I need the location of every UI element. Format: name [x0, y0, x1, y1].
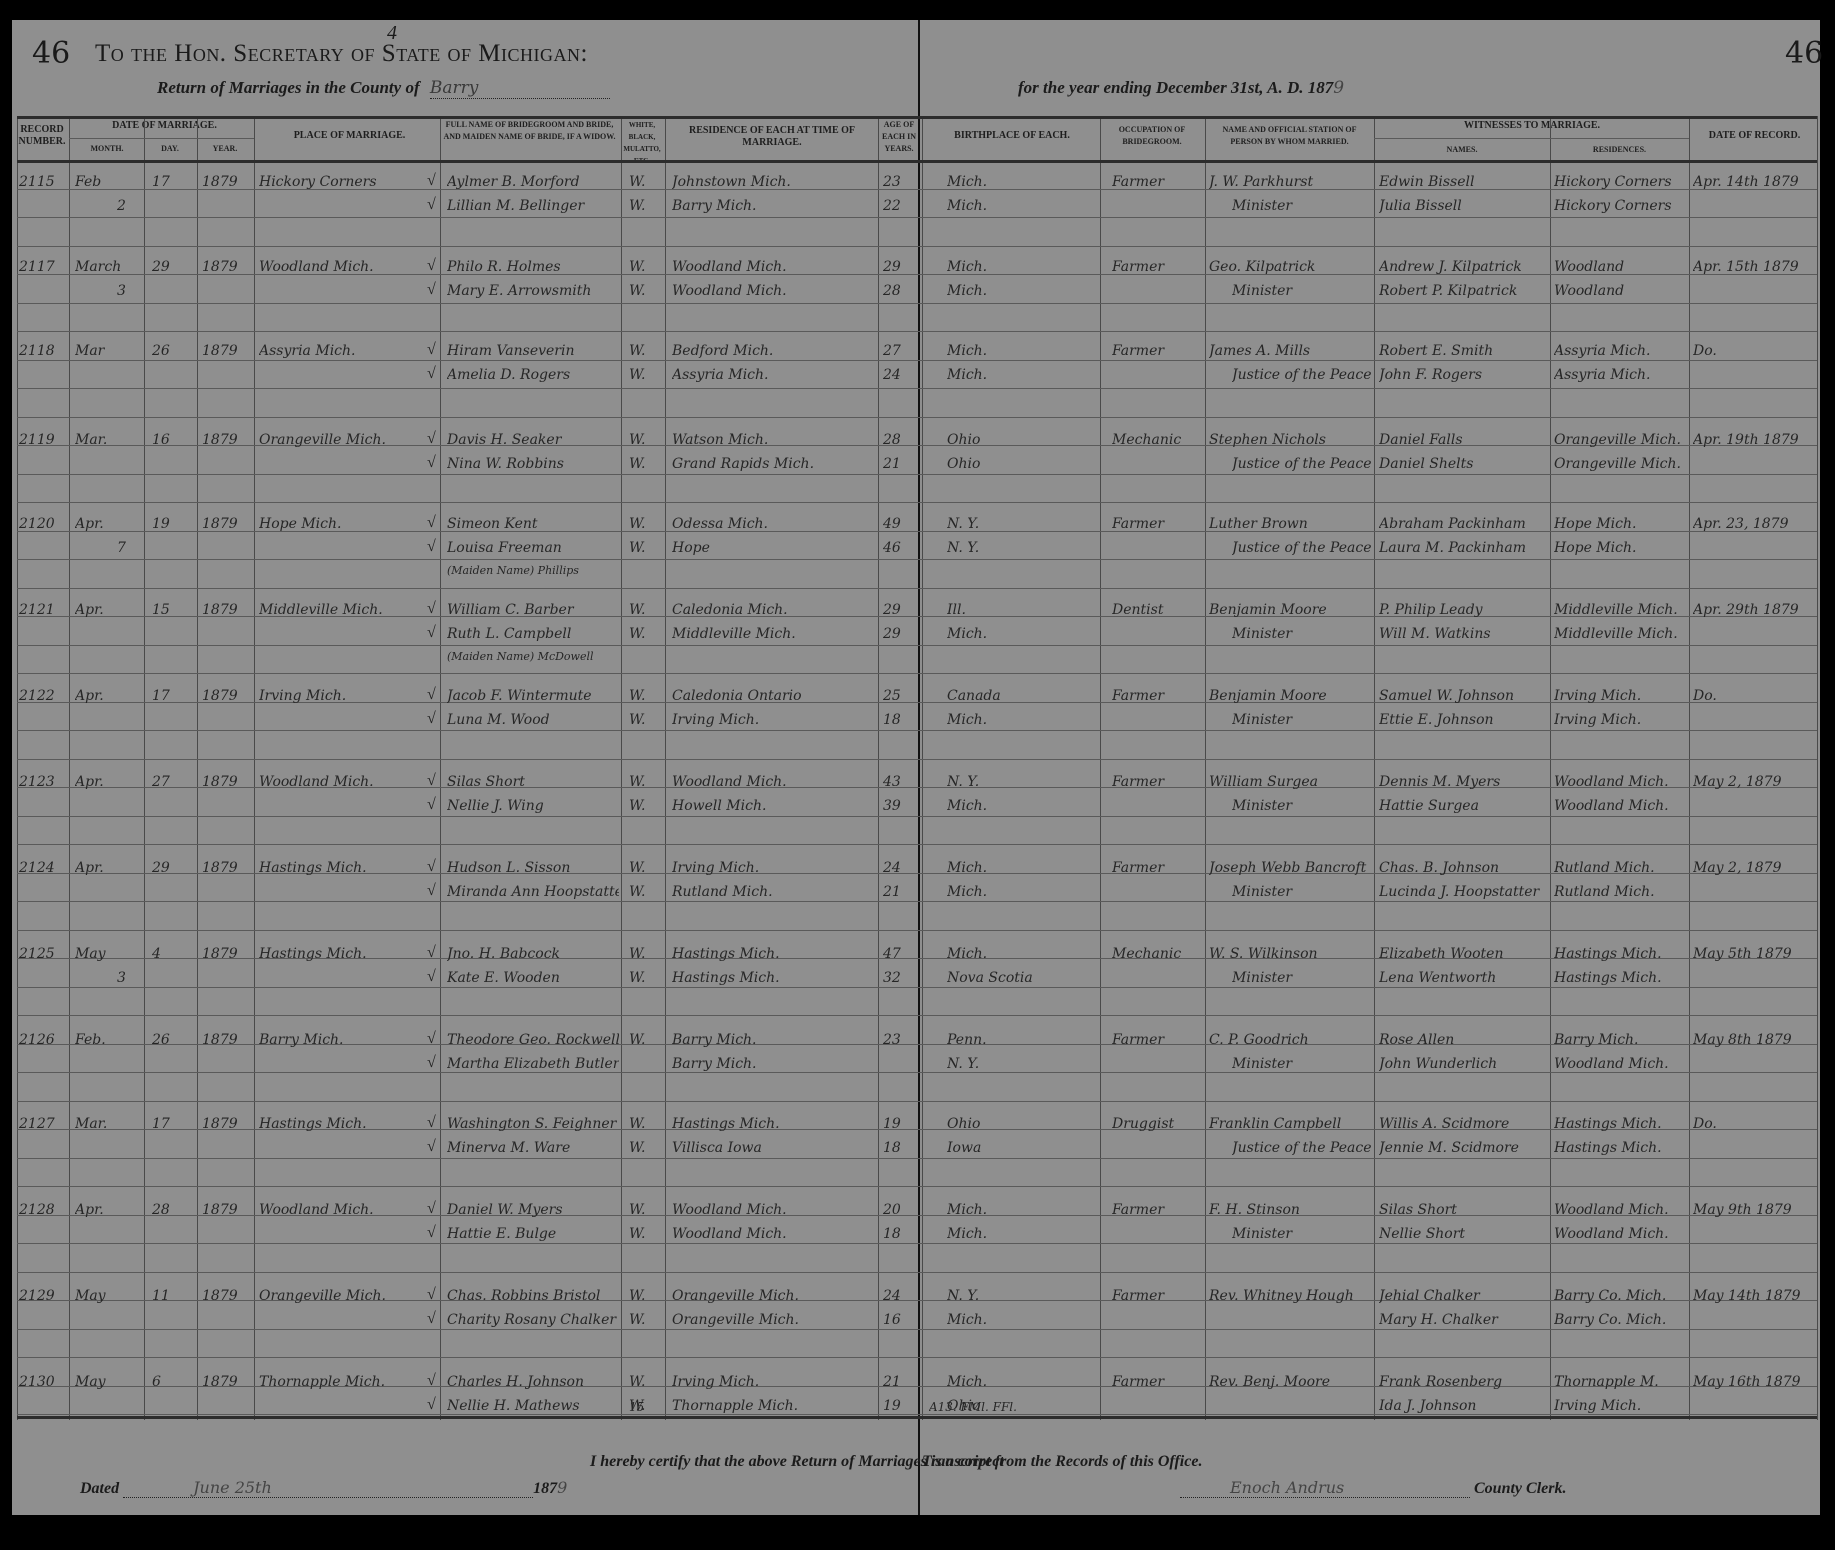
- record-color-groom: W.: [629, 432, 659, 448]
- record-occupation: Mechanic: [1112, 432, 1202, 448]
- record-officiant: James A. Mills: [1209, 343, 1372, 359]
- clerk-signature: Enoch Andrus: [1180, 1478, 1470, 1498]
- record-day: 28: [152, 1202, 192, 1218]
- marriage-register-table: Record Number. Date of Marriage. Month. …: [17, 116, 1817, 1420]
- record-birth-bride: Iowa: [947, 1140, 1097, 1156]
- record-res-groom: Odessa Mich.: [672, 516, 872, 532]
- record-age-groom: 23: [883, 1032, 919, 1048]
- record-month-note: 2: [117, 198, 137, 214]
- record-date-record: May 2, 1879: [1693, 774, 1815, 790]
- record-officiant-title: Justice of the Peace: [1232, 367, 1372, 383]
- record-month: May: [75, 946, 135, 962]
- record-bride: Lillian M. Bellinger: [447, 198, 619, 214]
- check-mark-icon: √: [427, 600, 436, 618]
- check-mark-icon: √: [427, 710, 436, 728]
- record-date-record: Apr. 29th 1879: [1693, 602, 1815, 618]
- record-date-record: May 5th 1879: [1693, 946, 1815, 962]
- row-rule: [17, 1186, 1817, 1187]
- record-year: 1879: [202, 343, 252, 359]
- record-birth-groom: Ill.: [947, 602, 1097, 618]
- record-number: 2127: [19, 1116, 67, 1132]
- record-birth-groom: Mich.: [947, 174, 1097, 190]
- check-mark-icon: √: [427, 538, 436, 556]
- record-age-groom: 20: [883, 1202, 919, 1218]
- record-age-bride: 18: [883, 712, 919, 728]
- record-color-bride: W.: [629, 283, 659, 299]
- row-rule: [17, 331, 1817, 332]
- record-occupation: Farmer: [1112, 1202, 1202, 1218]
- header-officiant: Name and Official Station of Person by W…: [1207, 124, 1372, 148]
- row-rule: [17, 303, 1817, 304]
- record-witness2: John Wunderlich: [1379, 1056, 1547, 1072]
- record-birth-groom: Mich.: [947, 343, 1097, 359]
- row-rule: [17, 844, 1817, 845]
- record-officiant-title: Minister: [1232, 884, 1372, 900]
- record-year: 1879: [202, 1374, 252, 1390]
- record-bride: Nina W. Robbins: [447, 456, 619, 472]
- record-age-bride: 21: [883, 884, 919, 900]
- record-place: Hastings Mich.: [259, 1116, 434, 1132]
- record-color-bride: W.: [629, 456, 659, 472]
- record-groom: Hudson L. Sisson: [447, 860, 619, 876]
- record-wres2: Hope Mich.: [1554, 540, 1687, 556]
- record-age-bride: 46: [883, 540, 919, 556]
- record-month: Feb.: [75, 1032, 135, 1048]
- record-age-groom: 27: [883, 343, 919, 359]
- record-wres1: Orangeville Mich.: [1554, 432, 1687, 448]
- record-age-groom: 47: [883, 946, 919, 962]
- record-bride: Miranda Ann Hoopstatter: [447, 884, 619, 900]
- row-rule: [17, 1072, 1817, 1073]
- record-res-bride: Irving Mich.: [672, 712, 872, 728]
- record-officiant: W. S. Wilkinson: [1209, 946, 1372, 962]
- page-number-right: 46: [1785, 36, 1823, 71]
- record-month: March: [75, 259, 135, 275]
- record-res-groom: Irving Mich.: [672, 860, 872, 876]
- record-birth-bride: Mich.: [947, 798, 1097, 814]
- record-groom: Simeon Kent: [447, 516, 619, 532]
- record-place: Thornapple Mich.: [259, 1374, 434, 1390]
- record-officiant: C. P. Goodrich: [1209, 1032, 1372, 1048]
- check-mark-icon: √: [427, 281, 436, 299]
- record-wres2: Barry Co. Mich.: [1554, 1312, 1687, 1328]
- record-age-bride: 39: [883, 798, 919, 814]
- record-res-bride: Barry Mich.: [672, 1056, 872, 1072]
- record-witness2: John F. Rogers: [1379, 367, 1547, 383]
- record-year: 1879: [202, 516, 252, 532]
- record-color-bride: W.: [629, 970, 659, 986]
- row-rule: [17, 1015, 1817, 1016]
- clerk-title: County Clerk.: [1474, 1480, 1566, 1497]
- record-number: 2128: [19, 1202, 67, 1218]
- record-color-bride: W.: [629, 798, 659, 814]
- row-rule: [17, 1416, 1817, 1419]
- record-number: 2121: [19, 602, 67, 618]
- year-value: 9: [1333, 78, 1344, 98]
- row-rule: [17, 673, 1817, 674]
- record-year: 1879: [202, 432, 252, 448]
- record-year: 1879: [202, 774, 252, 790]
- record-age-bride: 29: [883, 626, 919, 642]
- header-witnesses: Witnesses to Marriage.: [1377, 120, 1687, 132]
- record-month: Apr.: [75, 688, 135, 704]
- record-witness2: Laura M. Packinham: [1379, 540, 1547, 556]
- check-mark-icon: √: [427, 1396, 436, 1414]
- record-groom: William C. Barber: [447, 602, 619, 618]
- record-color-groom: W.: [629, 174, 659, 190]
- record-color-groom: W.: [629, 259, 659, 275]
- record-occupation: Farmer: [1112, 1374, 1202, 1390]
- row-rule: [17, 816, 1817, 817]
- record-officiant-title: Minister: [1232, 198, 1372, 214]
- record-number: 2123: [19, 774, 67, 790]
- row-rule: [17, 1243, 1817, 1244]
- record-color-bride: W.: [629, 540, 659, 556]
- record-birth-groom: Penn.: [947, 1032, 1097, 1048]
- record-occupation: Farmer: [1112, 174, 1202, 190]
- record-officiant-title: Justice of the Peace: [1232, 456, 1372, 472]
- header-month: Month.: [72, 143, 142, 155]
- record-bride: Charity Rosany Chalker: [447, 1312, 619, 1328]
- record-occupation: Farmer: [1112, 1032, 1202, 1048]
- record-place: Woodland Mich.: [259, 259, 434, 275]
- record-witness1: Daniel Falls: [1379, 432, 1547, 448]
- record-date-record: Do.: [1693, 1116, 1815, 1132]
- record-age-bride: 21: [883, 456, 919, 472]
- record-birth-groom: Mich.: [947, 259, 1097, 275]
- record-occupation: Farmer: [1112, 1288, 1202, 1304]
- birthplace-note: A13. FMl. FFl.: [929, 1400, 1017, 1414]
- check-mark-icon: √: [427, 196, 436, 214]
- record-birth-bride: Mich.: [947, 198, 1097, 214]
- row-rule: [17, 1158, 1817, 1159]
- record-witness2: Hattie Surgea: [1379, 798, 1547, 814]
- record-witness1: Silas Short: [1379, 1202, 1547, 1218]
- record-bride: Ruth L. Campbell: [447, 626, 619, 642]
- record-place: Hickory Corners: [259, 174, 434, 190]
- record-month-note: 3: [117, 283, 137, 299]
- record-day: 29: [152, 259, 192, 275]
- record-number: 2124: [19, 860, 67, 876]
- record-year: 1879: [202, 688, 252, 704]
- record-occupation: Farmer: [1112, 774, 1202, 790]
- record-day: 6: [152, 1374, 192, 1390]
- record-color-groom: W.: [629, 516, 659, 532]
- record-number: 2122: [19, 688, 67, 704]
- county-value: Barry: [430, 78, 610, 99]
- record-day: 15: [152, 602, 192, 618]
- record-witness2: Jennie M. Scidmore: [1379, 1140, 1547, 1156]
- column-rule: [17, 116, 18, 1420]
- record-occupation: Farmer: [1112, 516, 1202, 532]
- record-date-record: Apr. 19th 1879: [1693, 432, 1815, 448]
- record-date-record: May 2, 1879: [1693, 860, 1815, 876]
- row-rule: [17, 360, 1817, 361]
- record-witness2: Julia Bissell: [1379, 198, 1547, 214]
- record-day: 17: [152, 1116, 192, 1132]
- record-wres2: Hastings Mich.: [1554, 1140, 1687, 1156]
- record-officiant: Joseph Webb Bancroft: [1209, 860, 1372, 876]
- record-date-record: Do.: [1693, 688, 1815, 704]
- record-wres1: Middleville Mich.: [1554, 602, 1687, 618]
- record-officiant-title: Minister: [1232, 798, 1372, 814]
- record-place: Orangeville Mich.: [259, 432, 434, 448]
- record-color-bride: W.: [629, 198, 659, 214]
- color-total: 15: [629, 1400, 644, 1414]
- record-birth-bride: Ohio: [947, 456, 1097, 472]
- record-color-groom: W.: [629, 860, 659, 876]
- record-witness2: Ida J. Johnson: [1379, 1398, 1547, 1414]
- record-res-groom: Orangeville Mich.: [672, 1288, 872, 1304]
- record-birth-bride: Mich.: [947, 1226, 1097, 1242]
- header-record-number: Record Number.: [17, 124, 67, 148]
- row-rule: [17, 160, 1817, 163]
- column-rule: [1817, 116, 1818, 1420]
- check-mark-icon: √: [427, 430, 436, 448]
- record-month: May: [75, 1288, 135, 1304]
- record-month: Feb: [75, 174, 135, 190]
- record-place: Irving Mich.: [259, 688, 434, 704]
- record-day: 4: [152, 946, 192, 962]
- record-year: 1879: [202, 946, 252, 962]
- record-date-record: Apr. 23, 1879: [1693, 516, 1815, 532]
- record-age-groom: 23: [883, 174, 919, 190]
- record-age-bride: 16: [883, 1312, 919, 1328]
- check-mark-icon: √: [427, 686, 436, 704]
- column-rule: [197, 116, 198, 1420]
- record-occupation: Farmer: [1112, 688, 1202, 704]
- check-mark-icon: √: [427, 172, 436, 190]
- column-rule: [878, 116, 879, 1420]
- record-wres2: Hickory Corners: [1554, 198, 1687, 214]
- record-birth-groom: Canada: [947, 688, 1097, 704]
- record-officiant-title: Minister: [1232, 970, 1372, 986]
- record-wres2: Woodland: [1554, 283, 1687, 299]
- record-res-bride: Barry Mich.: [672, 198, 872, 214]
- record-res-bride: Thornapple Mich.: [672, 1398, 872, 1414]
- record-month: Mar: [75, 343, 135, 359]
- record-witness2: Lena Wentworth: [1379, 970, 1547, 986]
- check-mark-icon: √: [427, 968, 436, 986]
- county-line: Return of Marriages in the County of Bar…: [157, 78, 610, 99]
- header-date-of-record: Date of Record.: [1692, 130, 1817, 142]
- column-rule: [1374, 116, 1375, 1420]
- record-res-bride: Howell Mich.: [672, 798, 872, 814]
- record-wres1: Hastings Mich.: [1554, 1116, 1687, 1132]
- record-bride: Hattie E. Bulge: [447, 1226, 619, 1242]
- record-officiant: Stephen Nichols: [1209, 432, 1372, 448]
- record-month: Apr.: [75, 774, 135, 790]
- record-groom: Philo R. Holmes: [447, 259, 619, 275]
- record-color-groom: W.: [629, 1202, 659, 1218]
- record-wres1: Barry Mich.: [1554, 1032, 1687, 1048]
- record-res-bride: Hastings Mich.: [672, 970, 872, 986]
- clerk-line: Enoch Andrus County Clerk.: [1180, 1478, 1566, 1498]
- record-witness2: Ettie E. Johnson: [1379, 712, 1547, 728]
- record-color-bride: W.: [629, 626, 659, 642]
- record-age-bride: 18: [883, 1226, 919, 1242]
- record-month: Mar.: [75, 432, 135, 448]
- check-mark-icon: √: [427, 514, 436, 532]
- record-groom: Jacob F. Wintermute: [447, 688, 619, 704]
- record-number: 2129: [19, 1288, 67, 1304]
- record-witness1: P. Philip Leady: [1379, 602, 1547, 618]
- certification-right: Transcript from the Records of this Offi…: [922, 1453, 1202, 1471]
- record-place: Orangeville Mich.: [259, 1288, 434, 1304]
- record-month: Mar.: [75, 1116, 135, 1132]
- header-birthplace: Birthplace of Each.: [927, 130, 1097, 142]
- record-bride: Amelia D. Rogers: [447, 367, 619, 383]
- record-birth-groom: Mich.: [947, 1202, 1097, 1218]
- record-groom: Silas Short: [447, 774, 619, 790]
- record-wres2: Orangeville Mich.: [1554, 456, 1687, 472]
- record-number: 2130: [19, 1374, 67, 1390]
- record-wres2: Irving Mich.: [1554, 1398, 1687, 1414]
- header-day: Day.: [145, 143, 195, 155]
- check-mark-icon: √: [427, 1054, 436, 1072]
- row-rule: [17, 502, 1817, 503]
- record-wres1: Woodland Mich.: [1554, 1202, 1687, 1218]
- dated-line: Dated June 25th1879: [80, 1478, 567, 1498]
- check-mark-icon: √: [427, 1030, 436, 1048]
- record-wres1: Woodland: [1554, 259, 1687, 275]
- record-date-record: Apr. 15th 1879: [1693, 259, 1815, 275]
- record-res-groom: Caledonia Ontario: [672, 688, 872, 704]
- row-rule: [17, 901, 1817, 902]
- record-officiant: Luther Brown: [1209, 516, 1372, 532]
- record-year: 1879: [202, 602, 252, 618]
- check-mark-icon: √: [427, 1310, 436, 1328]
- record-wres1: Barry Co. Mich.: [1554, 1288, 1687, 1304]
- record-res-groom: Bedford Mich.: [672, 343, 872, 359]
- record-birth-groom: Ohio: [947, 432, 1097, 448]
- page-number-left: 46: [32, 36, 70, 71]
- record-officiant: Benjamin Moore: [1209, 688, 1372, 704]
- record-res-bride: Woodland Mich.: [672, 283, 872, 299]
- record-res-groom: Woodland Mich.: [672, 774, 872, 790]
- header-year: Year.: [199, 143, 251, 155]
- record-color-bride: W.: [629, 1226, 659, 1242]
- record-day: 11: [152, 1288, 192, 1304]
- record-birth-groom: N. Y.: [947, 1288, 1097, 1304]
- record-age-bride: 24: [883, 367, 919, 383]
- record-officiant: J. W. Parkhurst: [1209, 174, 1372, 190]
- title-insert: 4: [387, 22, 398, 45]
- subheader-rule: [69, 138, 254, 139]
- column-rule: [621, 116, 622, 1420]
- record-year: 1879: [202, 1202, 252, 1218]
- record-number: 2126: [19, 1032, 67, 1048]
- record-occupation: Mechanic: [1112, 946, 1202, 962]
- record-year: 1879: [202, 259, 252, 275]
- record-res-bride: Hope: [672, 540, 872, 556]
- record-age-bride: 32: [883, 970, 919, 986]
- record-res-groom: Hastings Mich.: [672, 1116, 872, 1132]
- record-officiant: F. H. Stinson: [1209, 1202, 1372, 1218]
- record-age-groom: 24: [883, 1288, 919, 1304]
- record-day: 16: [152, 432, 192, 448]
- check-mark-icon: √: [427, 257, 436, 275]
- record-birth-groom: Mich.: [947, 1374, 1097, 1390]
- record-month: Apr.: [75, 860, 135, 876]
- record-place: Woodland Mich.: [259, 1202, 434, 1218]
- record-wres2: Hastings Mich.: [1554, 970, 1687, 986]
- page-title: To the Hon. Secretary of State of Michig…: [95, 40, 588, 68]
- record-month: Apr.: [75, 516, 135, 532]
- check-mark-icon: √: [427, 1372, 436, 1390]
- record-officiant-title: Minister: [1232, 626, 1372, 642]
- record-day: 26: [152, 1032, 192, 1048]
- record-bride: Louisa Freeman: [447, 540, 619, 556]
- record-age-groom: 28: [883, 432, 919, 448]
- record-res-groom: Barry Mich.: [672, 1032, 872, 1048]
- header-age: Age of Each in Years.: [879, 119, 919, 155]
- row-rule: [17, 1272, 1817, 1273]
- record-groom: Hiram Vanseverin: [447, 343, 619, 359]
- record-witness2: Nellie Short: [1379, 1226, 1547, 1242]
- record-age-bride: 28: [883, 283, 919, 299]
- row-rule: [17, 388, 1817, 389]
- record-day: 27: [152, 774, 192, 790]
- record-date-record: May 8th 1879: [1693, 1032, 1815, 1048]
- record-wres1: Woodland Mich.: [1554, 774, 1687, 790]
- record-occupation: Farmer: [1112, 860, 1202, 876]
- column-rule: [922, 116, 923, 1420]
- record-witness2: Robert P. Kilpatrick: [1379, 283, 1547, 299]
- check-mark-icon: √: [427, 1286, 436, 1304]
- record-year: 1879: [202, 1116, 252, 1132]
- row-rule: [17, 730, 1817, 731]
- record-color-bride: W.: [629, 1140, 659, 1156]
- record-age-groom: 29: [883, 259, 919, 275]
- record-birth-groom: Ohio: [947, 1116, 1097, 1132]
- record-witness1: Rose Allen: [1379, 1032, 1547, 1048]
- record-groom: Theodore Geo. Rockwell: [447, 1032, 619, 1048]
- record-officiant-title: Minister: [1232, 1226, 1372, 1242]
- record-res-bride: Assyria Mich.: [672, 367, 872, 383]
- record-witness1: Samuel W. Johnson: [1379, 688, 1547, 704]
- record-res-bride: Middleville Mich.: [672, 626, 872, 642]
- record-number: 2117: [19, 259, 67, 275]
- record-birth-bride: Mich.: [947, 884, 1097, 900]
- record-year: 1879: [202, 1288, 252, 1304]
- record-age-bride: 19: [883, 1398, 919, 1414]
- record-month: Apr.: [75, 602, 135, 618]
- record-month-note: 7: [117, 540, 137, 556]
- record-birth-bride: Mich.: [947, 283, 1097, 299]
- record-place: Hastings Mich.: [259, 946, 434, 962]
- record-day: 17: [152, 174, 192, 190]
- record-date-record: May 16th 1879: [1693, 1374, 1815, 1390]
- check-mark-icon: √: [427, 341, 436, 359]
- record-color-bride: W.: [629, 712, 659, 728]
- record-occupation: Dentist: [1112, 602, 1202, 618]
- check-mark-icon: √: [427, 624, 436, 642]
- row-rule: [17, 987, 1817, 988]
- record-wres2: Assyria Mich.: [1554, 367, 1687, 383]
- record-wres2: Middleville Mich.: [1554, 626, 1687, 642]
- row-rule: [17, 1101, 1817, 1102]
- record-witness1: Robert E. Smith: [1379, 343, 1547, 359]
- record-place: Middleville Mich.: [259, 602, 434, 618]
- record-occupation: Druggist: [1112, 1116, 1202, 1132]
- check-mark-icon: √: [427, 796, 436, 814]
- column-rule: [665, 116, 666, 1420]
- record-age-bride: 22: [883, 198, 919, 214]
- record-age-groom: 21: [883, 1374, 919, 1390]
- record-date-record: May 9th 1879: [1693, 1202, 1815, 1218]
- record-groom: Davis H. Seaker: [447, 432, 619, 448]
